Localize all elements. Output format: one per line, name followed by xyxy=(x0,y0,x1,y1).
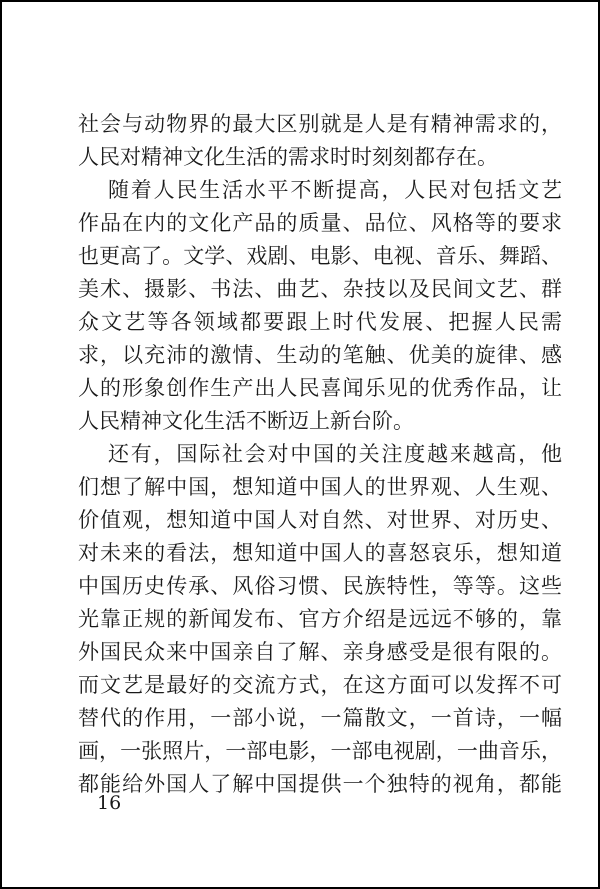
text-line: 也更高了。文学、戏剧、电影、电视、音乐、舞蹈、 xyxy=(78,240,562,273)
text-line: 画，一张照片，一部电影，一部电视剧，一曲音乐， xyxy=(78,735,562,768)
text-line: 人民对精神文化生活的需求时时刻刻都存在。 xyxy=(78,141,562,174)
text-line: 对未来的看法，想知道中国人的喜怒哀乐，想知道 xyxy=(78,537,562,570)
text-line: 中国历史传承、风俗习惯、民族特性，等等。这些 xyxy=(78,570,562,603)
text-line: 而文艺是最好的交流方式，在这方面可以发挥不可 xyxy=(78,669,562,702)
text-line: 还有，国际社会对中国的关注度越来越高，他 xyxy=(78,438,562,471)
text-line: 替代的作用，一部小说，一篇散文，一首诗，一幅 xyxy=(78,702,562,735)
text-line: 求，以充沛的激情、生动的笔触、优美的旋律、感 xyxy=(78,339,562,372)
text-line: 美术、摄影、书法、曲艺、杂技以及民间文艺、群 xyxy=(78,273,562,306)
text-line: 外国民众来中国亲自了解、亲身感受是很有限的。 xyxy=(78,636,562,669)
text-line: 光靠正规的新闻发布、官方介绍是远远不够的，靠 xyxy=(78,603,562,636)
text-line: 都能给外国人了解中国提供一个独特的视角，都能 xyxy=(78,768,562,801)
text-line: 作品在内的文化产品的质量、品位、风格等的要求 xyxy=(78,207,562,240)
text-line: 人的形象创作生产出人民喜闻乐见的优秀作品，让 xyxy=(78,372,562,405)
text-line: 随着人民生活水平不断提高，人民对包括文艺 xyxy=(78,174,562,207)
text-line: 们想了解中国，想知道中国人的世界观、人生观、 xyxy=(78,471,562,504)
text-line: 社会与动物界的最大区别就是人是有精神需求的， xyxy=(78,108,562,141)
body-text: 社会与动物界的最大区别就是人是有精神需求的， 人民对精神文化生活的需求时时刻刻都… xyxy=(78,108,562,801)
page-number: 16 xyxy=(97,791,121,815)
text-line: 众文艺等各领域都要跟上时代发展、把握人民需 xyxy=(78,306,562,339)
text-line: 价值观，想知道中国人对自然、对世界、对历史、 xyxy=(78,504,562,537)
text-line: 人民精神文化生活不断迈上新台阶。 xyxy=(78,405,562,438)
book-page: 社会与动物界的最大区别就是人是有精神需求的， 人民对精神文化生活的需求时时刻刻都… xyxy=(0,0,600,889)
